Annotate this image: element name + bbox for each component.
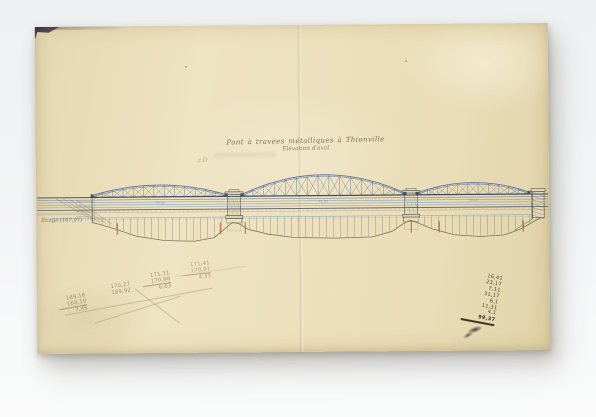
svg-text:39,60: 39,60 bbox=[156, 201, 165, 205]
svg-text:39,60: 39,60 bbox=[469, 198, 478, 202]
photo-backdrop: 39,6042,0039,60 Pont à travées métalliqu… bbox=[0, 0, 596, 417]
etiage-label: Étiage (167,97) bbox=[41, 217, 111, 224]
pencil-calc-group: 171,31 170,98 6,63 bbox=[141, 270, 172, 294]
drawing-sheet: 39,6042,0039,60 Pont à travées métalliqu… bbox=[35, 23, 551, 354]
svg-text:42,00: 42,00 bbox=[319, 199, 328, 203]
pencil-note-zd: z.D bbox=[198, 157, 208, 164]
